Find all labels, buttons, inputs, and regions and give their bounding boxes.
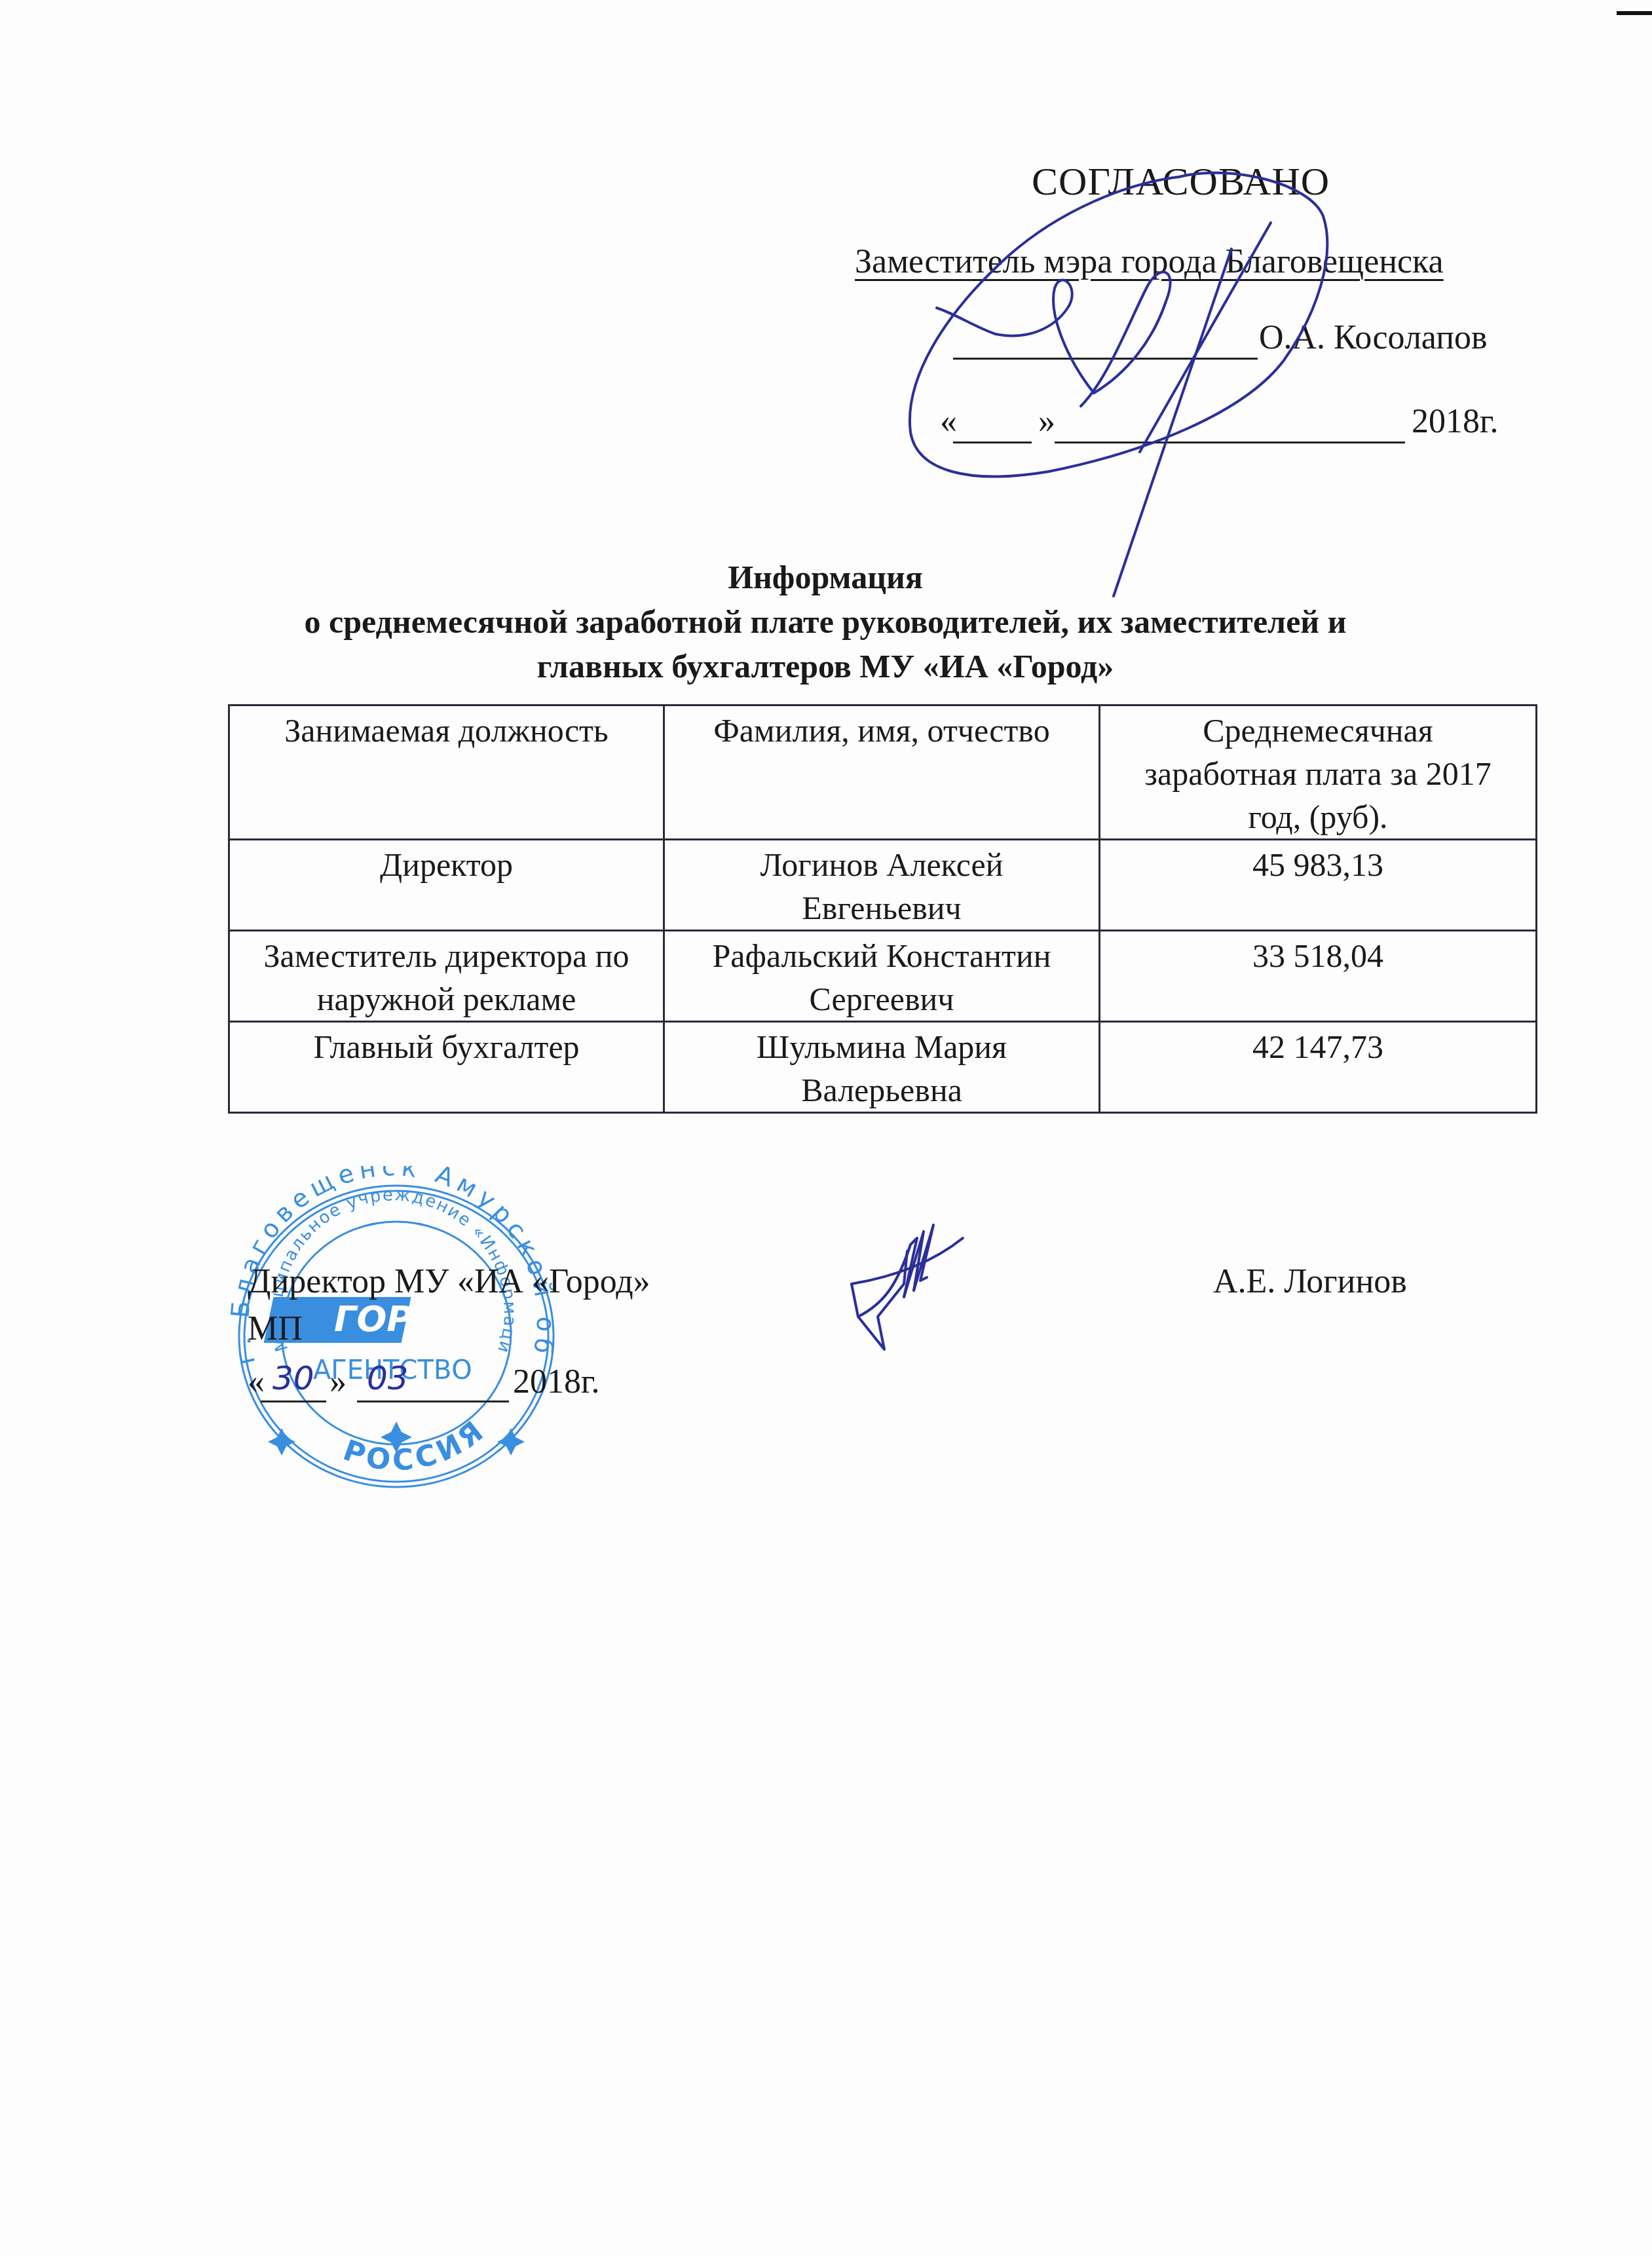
- signatory-name: А.Е. Логинов: [1213, 1261, 1407, 1303]
- header-position: Занимаемая должность: [229, 705, 664, 840]
- table-header-row: Занимаемая должность Фамилия, имя, отчес…: [229, 705, 1537, 840]
- date-month-handwritten: 03: [367, 1357, 409, 1399]
- scan-edge-mark: [1617, 11, 1652, 15]
- date-day-line: [953, 442, 1032, 443]
- date-month-line: [357, 1401, 509, 1402]
- cell-name: Рафальский Константин Сергеевич: [664, 931, 1100, 1022]
- cell-name: Логинов Алексей Евгеньевич: [664, 840, 1100, 931]
- date-close-quote: »: [1038, 401, 1055, 443]
- date-month-line: [1055, 442, 1405, 443]
- date-year: 2018г.: [513, 1361, 599, 1403]
- cell-position: Заместитель директора по наружной реклам…: [229, 931, 664, 1022]
- table-row: Директор Логинов Алексей Евгеньевич 45 9…: [229, 840, 1537, 931]
- cell-salary: 42 147,73: [1100, 1022, 1537, 1113]
- header-salary: Среднемесячная заработная плата за 2017 …: [1100, 705, 1537, 840]
- cell-salary: 45 983,13: [1100, 840, 1537, 931]
- date-open-quote: «: [940, 401, 957, 443]
- approval-title: СОГЛАСОВАНО: [1032, 159, 1330, 204]
- document-subtitle-line1: о среднемесячной заработной плате руково…: [105, 601, 1546, 642]
- table-row: Главный бухгалтер Шульмина Мария Валерье…: [229, 1022, 1537, 1113]
- cell-position: Директор: [229, 840, 664, 931]
- date-open-quote: «: [248, 1361, 265, 1403]
- date-day-handwritten: 30: [272, 1357, 314, 1399]
- table-row: Заместитель директора по наружной реклам…: [229, 931, 1537, 1022]
- signatory-role: Директор МУ «ИА «Город»: [248, 1261, 650, 1303]
- seal-place-label: МП: [248, 1308, 303, 1350]
- approval-position: Заместитель мэра города Благовещенска: [855, 241, 1444, 283]
- date-year: 2018г.: [1412, 401, 1498, 443]
- salary-table: Занимаемая должность Фамилия, имя, отчес…: [228, 704, 1537, 1114]
- svg-text:РОССИЯ: РОССИЯ: [339, 1413, 493, 1478]
- director-signature-icon: [838, 1218, 1035, 1376]
- approval-signature-icon: [865, 144, 1454, 603]
- date-day-line: [261, 1401, 326, 1402]
- svg-text:ГОРОД: ГОРОД: [334, 1298, 474, 1340]
- cell-salary: 33 518,04: [1100, 931, 1537, 1022]
- document-title: Информация: [105, 557, 1546, 597]
- header-name: Фамилия, имя, отчество: [664, 705, 1100, 840]
- approval-name: О.А. Косолапов: [1259, 317, 1488, 359]
- cell-position: Главный бухгалтер: [229, 1022, 664, 1113]
- cell-name: Шульмина Мария Валерьевна: [664, 1022, 1100, 1113]
- date-close-quote: »: [329, 1361, 347, 1403]
- document-subtitle-line2: главных бухгалтеров МУ «ИА «Город»: [105, 646, 1546, 686]
- approval-signature-line: [953, 358, 1258, 360]
